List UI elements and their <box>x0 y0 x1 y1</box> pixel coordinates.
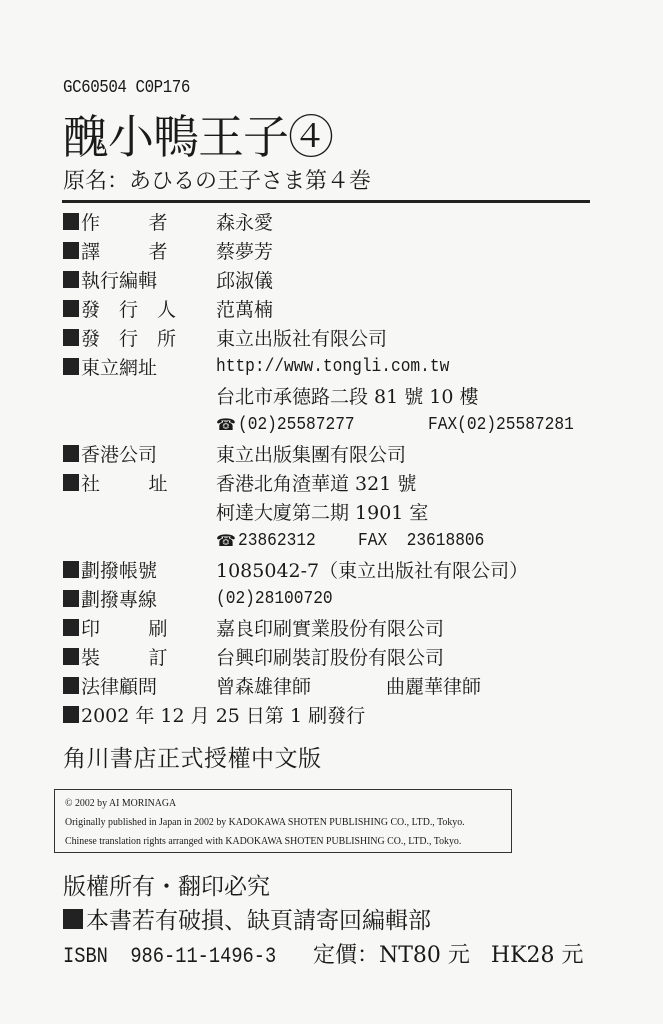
credit-row-hk-company: 香港公司 東立出版集團有限公司 <box>63 439 590 468</box>
bullet-square-icon <box>63 445 79 462</box>
legal-counsel-2: 曲麗華律師 <box>386 672 481 699</box>
bullet-square-icon <box>63 561 79 578</box>
isbn: ISBN 986-11-1496-3 <box>63 944 276 969</box>
publish-date-row: 2002 年 12 月 25 日第 1 刷發行 <box>63 700 590 729</box>
credit-row-giro-account: 劃撥帳號 1085042-7（東立出版社有限公司） <box>63 555 590 584</box>
phone-icon: ☎ <box>216 531 236 550</box>
divider-rule <box>62 200 590 203</box>
credit-label: 作者 <box>81 208 216 235</box>
credit-label: 劃撥帳號 <box>81 556 216 583</box>
hk-phone: 23862312 <box>238 531 346 551</box>
taipei-address: 台北市承德路二段 81 號 10 樓 <box>216 382 479 409</box>
credit-row-author: 作者 森永愛 <box>63 207 590 236</box>
credit-value: 蔡夢芳 <box>216 237 273 264</box>
colophon-page: GC60504 C0P176 醜小鴨王子④ 原名：あひるの王子さま第４巻 作者 … <box>0 0 663 1024</box>
bullet-square-icon <box>63 329 79 346</box>
credit-label: 裝訂 <box>81 643 216 670</box>
publish-date: 2002 年 12 月 25 日第 1 刷發行 <box>81 701 365 728</box>
credit-label: 法律顧問 <box>81 672 216 699</box>
credit-row-website: 東立網址 http://www.tongli.com.tw <box>63 352 590 381</box>
credit-label: 發行人 <box>81 295 176 322</box>
authorized-edition: 角川書店正式授權中文版 <box>63 740 322 773</box>
credit-value: 東立出版集團有限公司 <box>216 440 406 467</box>
credit-value: (02)28100720 <box>216 589 333 609</box>
credit-row-taipei-address: 台北市承德路二段 81 號 10 樓 <box>63 381 590 410</box>
taipei-phone: (02)25587277 <box>238 415 409 435</box>
bullet-square-icon <box>63 242 79 259</box>
website-url: http://www.tongli.com.tw <box>216 357 449 377</box>
price: 定價：NT80 元 HK28 元 <box>313 943 584 968</box>
copyright-line: Originally published in Japan in 2002 by… <box>65 813 484 832</box>
credits-list: 作者 森永愛 譯者 蔡夢芳 執行編輯 邱淑儀 發行人 范萬楠 發行所 東立出版社… <box>63 207 590 729</box>
credit-row-giro-line: 劃撥專線 (02)28100720 <box>63 584 590 613</box>
credit-row-translator: 譯者 蔡夢芳 <box>63 236 590 265</box>
copyright-line: Chinese translation rights arranged with… <box>65 832 484 851</box>
taipei-fax: FAX(02)25587281 <box>428 415 574 435</box>
credit-row-hk-address: 社址 香港北角渣華道 321 號 <box>63 468 590 497</box>
legal-counsel-1: 曾森雄律師 <box>216 672 386 699</box>
book-title: 醜小鴨王子④ <box>63 110 333 164</box>
credit-label: 發行所 <box>81 324 176 351</box>
bullet-square-icon <box>63 648 79 665</box>
credit-label: 社址 <box>81 469 216 496</box>
credit-row-binding: 裝訂 台興印刷裝訂股份有限公司 <box>63 642 590 671</box>
bullet-square-icon <box>63 909 83 929</box>
credit-value: 邱淑儀 <box>216 266 273 293</box>
credit-value: 台興印刷裝訂股份有限公司 <box>216 643 444 670</box>
isbn-price-line: ISBN 986-11-1496-3定價：NT80 元 HK28 元 <box>63 938 584 969</box>
credit-label: 印刷 <box>81 614 216 641</box>
copyright-box: © 2002 by AI MORINAGA Originally publish… <box>54 789 512 853</box>
credit-label: 譯者 <box>81 237 216 264</box>
copyright-line: © 2002 by AI MORINAGA <box>65 794 484 813</box>
credit-value: 1085042-7（東立出版社有限公司） <box>216 556 528 583</box>
credit-row-publishing-house: 發行所 東立出版社有限公司 <box>63 323 590 352</box>
bullet-square-icon <box>63 706 79 723</box>
credit-value: 森永愛 <box>216 208 273 235</box>
rights-reserved: 版權所有・翻印必究 <box>63 868 270 901</box>
credit-row-legal-counsel: 法律顧問 曾森雄律師 曲麗華律師 <box>63 671 590 700</box>
credit-value: 范萬楠 <box>216 295 273 322</box>
credit-row-executive-editor: 執行編輯 邱淑儀 <box>63 265 590 294</box>
credit-label: 東立網址 <box>81 353 216 380</box>
damage-notice: 本書若有破損、缺頁請寄回編輯部 <box>63 902 431 935</box>
hk-address-line-2: 柯達大廈第二期 1901 室 <box>216 498 428 525</box>
bullet-square-icon <box>63 358 79 375</box>
credit-label: 香港公司 <box>81 440 216 467</box>
credit-row-publisher: 發行人 范萬楠 <box>63 294 590 323</box>
bullet-square-icon <box>63 677 79 694</box>
credit-label: 劃撥專線 <box>81 585 216 612</box>
credit-row-hk-phone: ☎ 23862312 FAX 23618806 <box>63 526 590 555</box>
credit-row-hk-address-2: 柯達大廈第二期 1901 室 <box>63 497 590 526</box>
credit-label: 執行編輯 <box>81 266 216 293</box>
bullet-square-icon <box>63 619 79 636</box>
catalog-code: GC60504 C0P176 <box>63 78 190 98</box>
credit-row-taipei-phone: ☎ (02)25587277 FAX(02)25587281 <box>63 410 590 439</box>
damage-notice-text: 本書若有破損、缺頁請寄回編輯部 <box>86 902 431 935</box>
bullet-square-icon <box>63 590 79 607</box>
phone-icon: ☎ <box>216 415 236 434</box>
bullet-square-icon <box>63 271 79 288</box>
credit-value: 東立出版社有限公司 <box>216 324 387 351</box>
bullet-square-icon <box>63 474 79 491</box>
bullet-square-icon <box>63 300 79 317</box>
credit-value: 香港北角渣華道 321 號 <box>216 469 416 496</box>
bullet-square-icon <box>63 213 79 230</box>
hk-fax: FAX 23618806 <box>358 531 484 551</box>
credit-row-printing: 印刷 嘉良印刷實業股份有限公司 <box>63 613 590 642</box>
original-title: 原名：あひるの王子さま第４巻 <box>63 168 371 196</box>
credit-value: 嘉良印刷實業股份有限公司 <box>216 614 444 641</box>
